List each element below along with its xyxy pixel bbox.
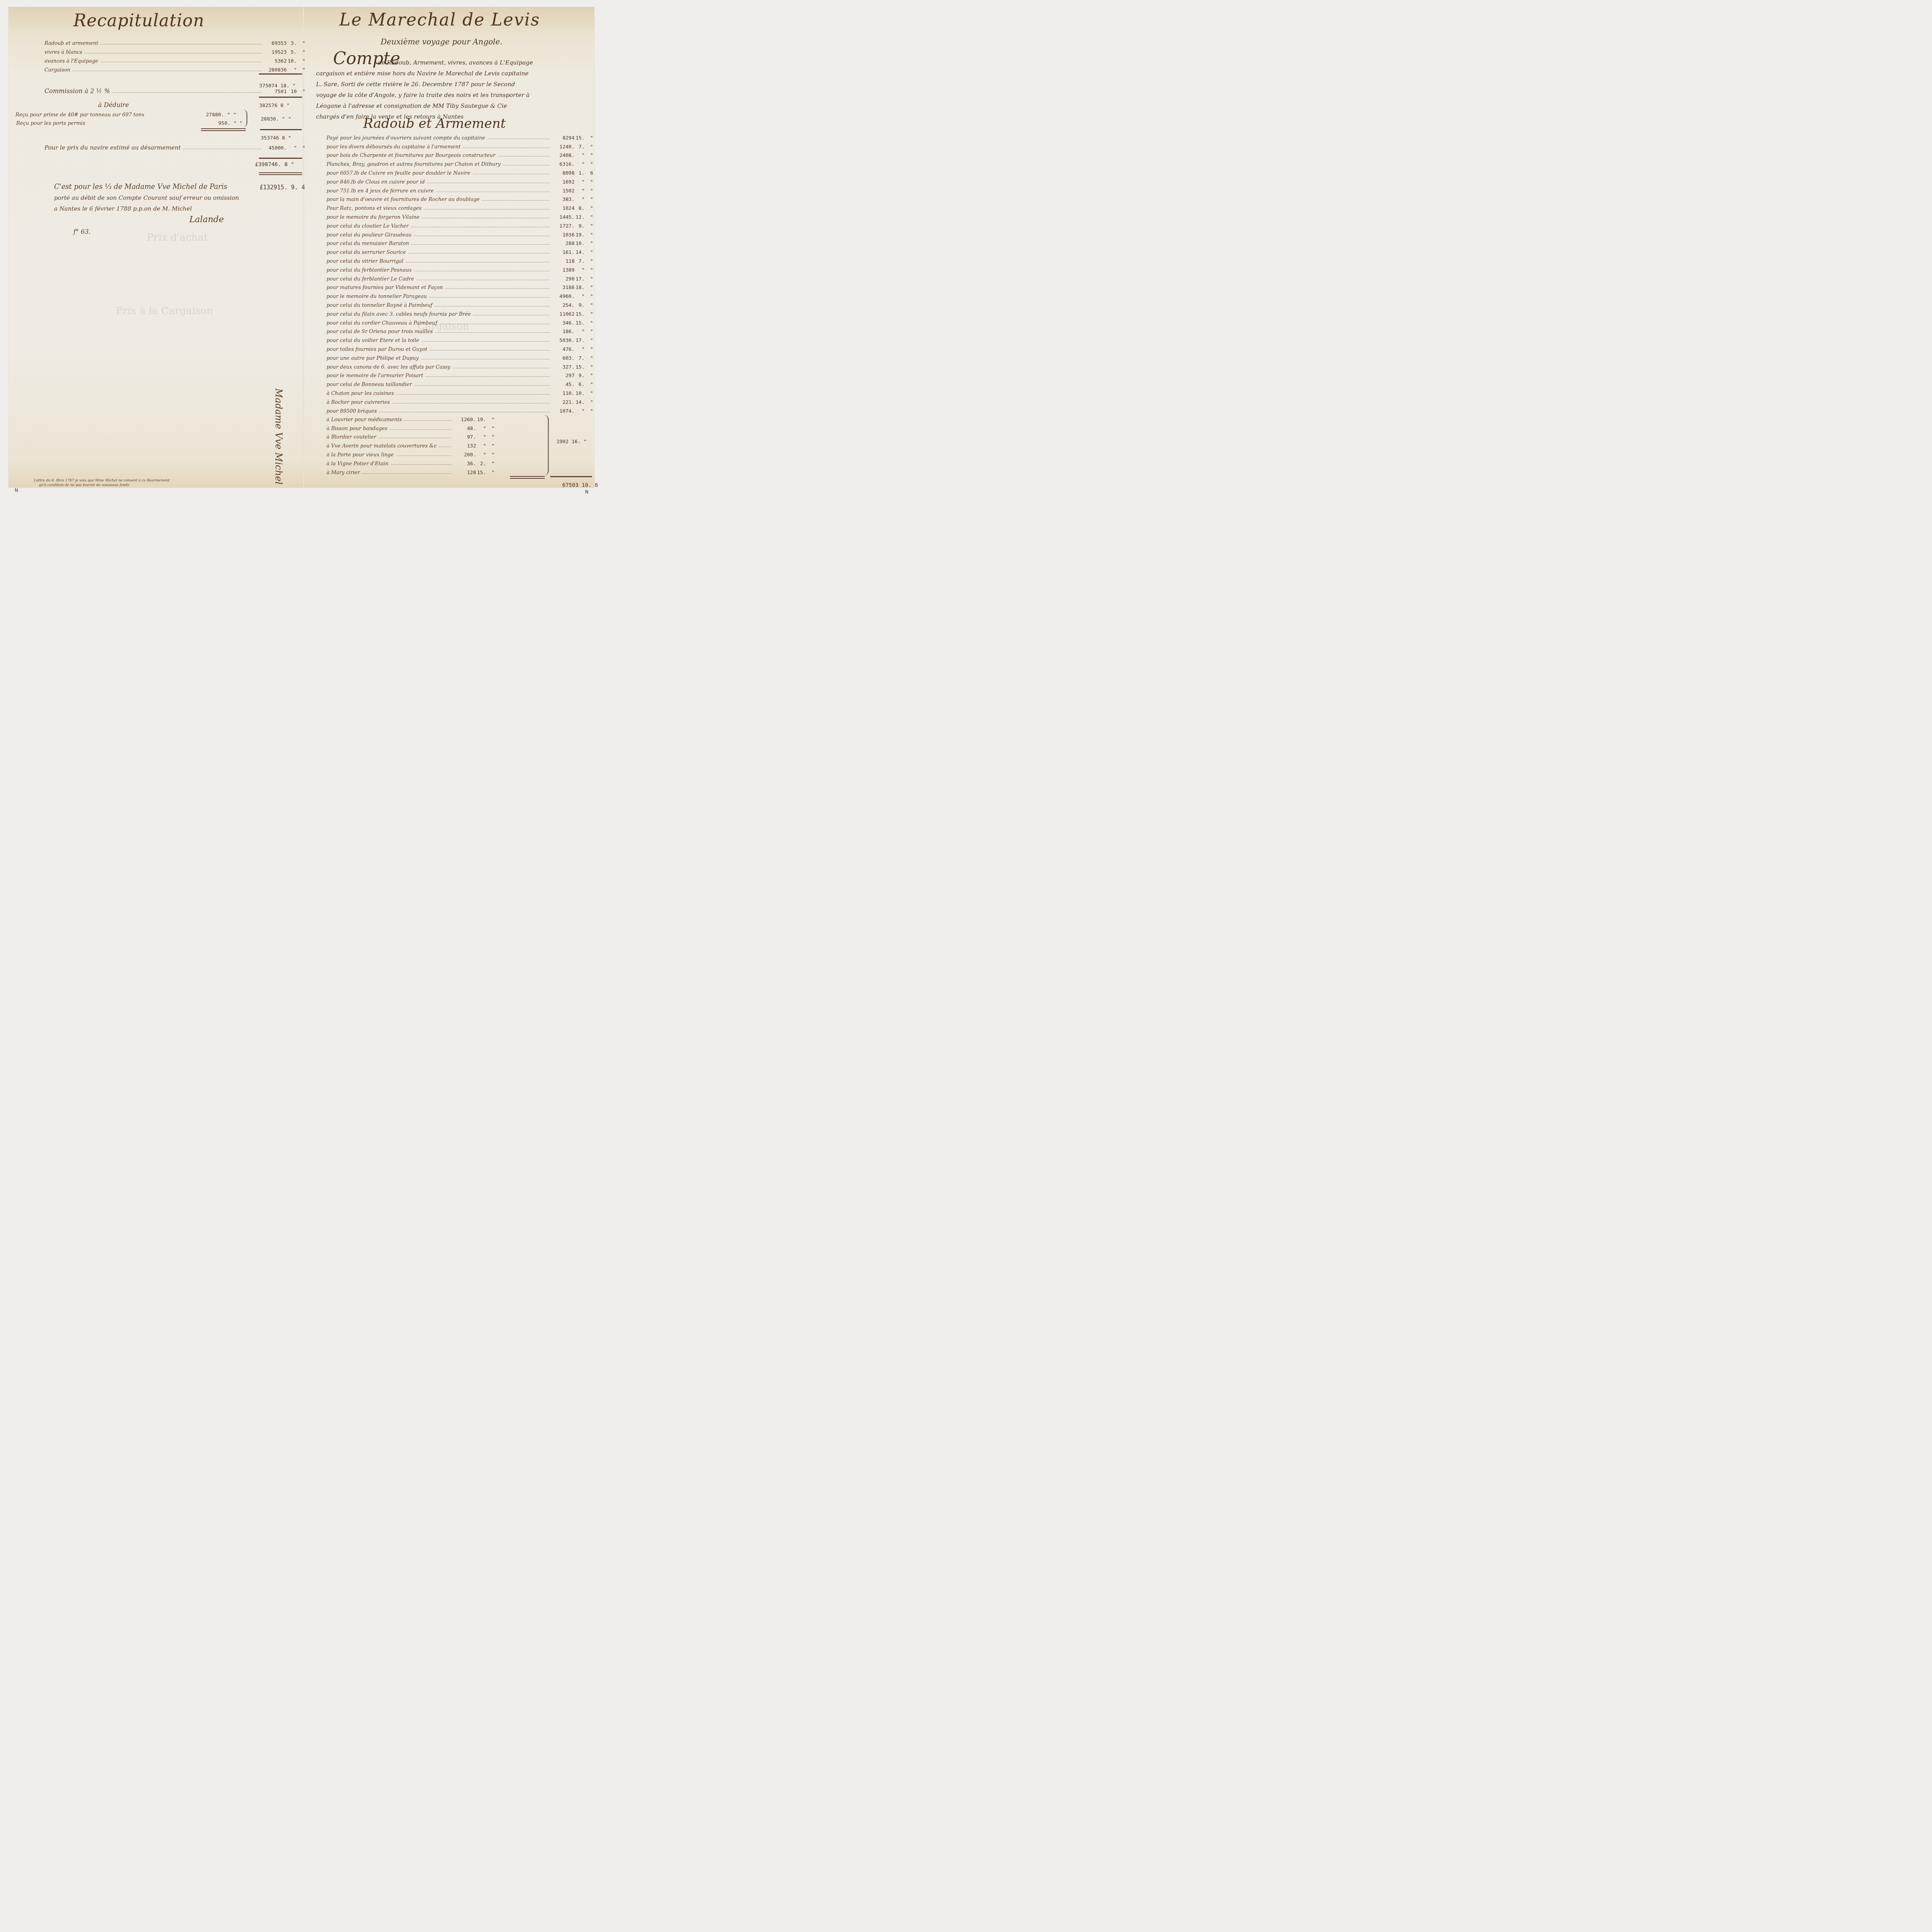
entry-amount: 1445.12." [552,214,593,220]
entry-amount: 5030.17." [552,338,593,344]
ledger-row: pour celui du cloutier Le Vacher1727.9." [327,220,593,229]
ledger-row: pour le memoire de l'armurier Poisart297… [327,370,593,379]
entry-amount: 383."" [552,197,593,202]
entry-label: pour celui du cordier Chauveau à Paimbeu… [327,320,439,326]
leader-dots [453,368,550,368]
entry-label: pour toiles fournies par Durou et Guyot [327,347,429,352]
leader-dots [445,288,550,289]
deduction-row: Reçu pour prime de 40# par tonneau sur 6… [15,112,145,118]
ledger-row: pour celui du filain avec 3. cables neuf… [327,308,593,317]
recap-row: avances à l'Equipage 536210." [44,55,305,64]
entry-label: à Blordier coutelier [327,434,378,440]
entry-label: Payé pour les journées d'ouvriers suivan… [327,135,487,141]
sum-rule [201,128,246,129]
left-page [9,7,304,488]
attribution-note: C'est pour les ⅓ de Madame Vve Michel de… [54,182,239,214]
deduction-row: Reçu pour les ports permis [16,121,85,126]
leader-dots [424,209,550,209]
entry-amount: 132"" [454,443,495,449]
entry-label: à Louvrier pour médicaments [327,417,403,423]
entry-label: à Vve Averin pour matelats couvertures &… [327,443,438,449]
ship-title: Le Marechal de Levis [339,10,540,30]
entry-amount: 1727.9." [552,223,593,229]
leader-dots [482,200,550,201]
entry-amount: 2408."" [552,153,593,158]
ledger-row: Planches, Bray, goudron et autres fourni… [327,158,593,167]
leader-dots [488,139,550,139]
entry-label: pour la main d'oeuvre et fournitures de … [327,197,481,202]
ledger-row: pour celui du menuisier Baraton28810." [327,238,593,247]
leader-dots [422,218,550,218]
leader-dots [362,473,451,474]
ledger-row: à Rocher pour cuivreries221.14." [327,396,593,405]
leader-dots [430,350,550,350]
entry-amount: 221.14." [552,400,593,405]
ledger-row: pour celui de Bonneau taillandier45.6." [327,379,593,388]
recap-title: Recapitulation [73,11,204,31]
entry-label: pour celui du filain avec 3. cables neuf… [327,311,473,317]
ledger-row: pour 89500 briques1074."" [327,405,593,414]
page-fold [303,7,304,488]
sum-rule [550,476,592,477]
entry-label: pour bois de Charpente et fournitures pa… [327,153,497,158]
leader-dots [417,280,550,280]
leader-dots [414,236,550,236]
ledger-row: pour celui de Sr Oriena pour trois maill… [327,326,593,335]
voyage-subtitle: Deuxième voyage pour Angole. [381,37,502,46]
entry-amount: 476."" [552,347,593,352]
ledger-row: pour toiles fournies par Durou et Guyot4… [327,344,593,352]
ledger-row: pour celui du serrurier Sourice161.14." [327,247,593,255]
leader-dots [435,306,550,306]
deduct-label: à Déduire [98,101,129,109]
leader-dots [427,183,550,183]
subtotal-2: 382576 8 " [259,103,289,109]
expense-ledger: Payé pour les journées d'ouvriers suivan… [327,132,593,414]
ledger-row: Pour Ratz, pontons et vieux cordages1024… [327,202,593,211]
entry-amount: 6316."" [552,162,593,167]
entry-amount: 80981.6 [552,170,593,176]
leader-dots [408,253,550,253]
signature: Lalande [189,215,224,224]
entry-amount: 1106215." [552,311,593,317]
deduction-brace [243,110,247,127]
entry-amount: 603.7." [552,355,593,361]
ledger-row: pour matures fournies par Videmant et Fa… [327,282,593,291]
entry-label: pour 89500 briques [327,408,378,414]
entry-label: Planches, Bray, goudron et autres fourni… [327,162,502,167]
entry-amount: 829415." [552,135,593,141]
folio-mark: f° 63. [73,228,90,235]
account-intro: de Radoub, Armement, vivres, avances à L… [316,57,591,122]
ledger-row: pour une autre par Philipe et Dupuy603.7… [327,352,593,361]
entry-label: pour celui du serrurier Sourice [327,250,408,255]
ledger-row: pour celui du ferblantier Pesnaux1389"" [327,264,593,273]
leader-dots [379,438,451,438]
leader-dots [473,315,550,315]
leader-dots [435,332,550,333]
leader-dots [422,341,550,342]
leader-dots [498,156,550,156]
entry-label: pour matures fournies par Videmant et Fa… [327,285,444,291]
commission-row: Commission à 2 ½ % 750110" [44,86,305,95]
entry-amount: 1240.7." [552,144,593,150]
ledger-row: pour celui du ferblantier Le Cadre29017.… [327,273,593,282]
entry-amount: 161.14." [552,250,593,255]
sum-rule [259,158,302,159]
ledger-row: pour celui du voilier Etere et la toile5… [327,335,593,344]
entry-label: pour le memoire du forgeron Vilaine [327,214,421,220]
leader-dots [473,174,550,174]
ledger-row: à la Porte pour vieux linge200."" [327,449,495,458]
grand-total: £398746. 8 " [255,162,294,168]
ledger-row: à la Vigne Potier d'Etain36.2." [327,458,495,467]
entry-label: à Chaton pour les cuisines [327,391,395,396]
entry-label: à Rocher pour cuivreries [327,400,391,405]
leader-dots [503,165,550,165]
deduction-amount: 27880. " " [206,112,236,118]
ledger-row: à Louvrier pour médicaments1260.19." [327,414,495,423]
leader-dots [436,192,550,192]
sum-rule [259,97,302,98]
entry-amount: 318618." [552,285,593,291]
recap-summary: Radoub et armement 693533." vivres à bla… [44,37,305,73]
entry-amount: 1187." [552,259,593,264]
entry-label: pour les divers déboursés du capitaine à… [327,144,462,150]
deductions-total: 28830. " " [261,116,291,122]
leader-dots [389,429,451,430]
leader-dots [425,376,550,377]
leader-dots [411,227,550,227]
entry-amount: 327.15." [552,364,593,370]
entry-label: pour deux canons de 6. avec les affuts p… [327,364,452,370]
leader-dots [421,359,550,359]
entry-label: pour une autre par Philipe et Dupuy [327,355,420,361]
entry-label: pour celui du poulieur Giraudeau [327,232,413,238]
entry-label: pour celui du menuisier Baraton [327,241,411,247]
ship-price-row: Pour le prix du navire estimé au désarme… [44,142,305,151]
sum-rule [510,476,545,477]
leader-dots [406,262,550,262]
leader-dots [396,456,451,456]
note-amount: £132915. 9. 4 [260,184,305,191]
entry-amount: 45.6." [552,382,593,388]
ledger-row: pour celui du poulieur Giraudeau103619." [327,229,593,238]
sum-rule [260,129,302,130]
leader-dots [414,271,550,271]
entry-amount: 1389"" [552,267,593,273]
leader-dots [439,447,451,447]
leader-dots [412,244,550,245]
entry-label: pour celui du vitrier Bourrigal [327,259,405,264]
entry-label: pour celui du tonnelier Royné à Paimbeuf [327,303,434,308]
entry-label: à Bisson pour bandages [327,426,389,432]
total-double-rule [259,172,302,173]
entry-label: pour celui du ferblantier Pesnaux [327,267,413,273]
entry-label: pour 846.lb de Clous en cuivre pour id [327,179,426,185]
corner-mark: N [585,489,588,495]
sub-expense-ledger: à Louvrier pour médicaments1260.19."à Bi… [327,414,495,476]
ledger-row: pour deux canons de 6. avec les affuts p… [327,361,593,370]
entry-amount: 1502"" [552,188,593,194]
ledger-row: pour le memoire du forgeron Vilaine1445.… [327,211,593,220]
leader-dots [414,385,550,386]
leader-dots [440,324,550,324]
ledger-row: pour bois de Charpente et fournitures pa… [327,150,593,159]
leader-dots [396,394,550,395]
ledger-row: pour le memoire du tonnelier Parageau496… [327,291,593,299]
entry-amount: 48."" [454,426,495,432]
entry-label: pour celui du voilier Etere et la toile [327,338,421,344]
entry-amount: 28810." [552,241,593,247]
vertical-annotation: Madame Vve Michel [273,388,284,485]
entry-label: à la Porte pour vieux linge [327,452,395,458]
entry-amount: 29017." [552,276,593,282]
entry-label: pour le memoire du tonnelier Parageau [327,294,429,299]
deduction-amount: 950. " " [218,121,243,126]
subtotal-3: 353746 8 " [261,135,291,141]
entry-label: à la Vigne Potier d'Etain [327,461,390,467]
bleed-through-text: Prix d'achat [147,232,208,243]
entry-amount: 1260.19." [454,417,495,423]
entry-amount: 36.2." [454,461,495,467]
ledger-row: à Blordier coutelier97."" [327,432,495,440]
leader-dots [404,420,451,421]
ledger-row: pour 846.lb de Clous en cuivre pour id16… [327,176,593,185]
ledger-row: à Mary cirier12815." [327,467,495,476]
entry-label: pour celui de Sr Oriena pour trois maill… [327,329,434,335]
ledger-row: pour 751.lb en 4 jeux de ferrure en cuiv… [327,185,593,194]
ledger-row: à Vve Averin pour matelats couvertures &… [327,440,495,449]
ledger-row: pour les divers déboursés du capitaine à… [327,141,593,150]
entry-amount: 2979." [552,373,593,379]
entry-amount: 1692"" [552,179,593,185]
leader-dots [391,464,451,465]
entry-amount: 103619." [552,232,593,238]
recap-row: vivres à blancs 195235." [44,46,305,55]
entry-amount: 200."" [454,452,495,458]
entry-label: Pour Ratz, pontons et vieux cordages [327,206,423,211]
ledger-row: pour celui du vitrier Bourrigal1187." [327,255,593,264]
sub-expense-total: 1902 16. " [556,439,587,445]
entry-amount: 1074."" [552,408,593,414]
entry-label: pour celui de Bonneau taillandier [327,382,413,388]
entry-amount: 97."" [454,434,495,440]
sum-rule [259,73,302,75]
entry-amount: 10248." [552,206,593,211]
bleed-through-text: Prix à la Cargaison [116,305,213,317]
entry-amount: 110.10." [552,391,593,396]
entry-amount: 4960."" [552,294,593,299]
entry-amount: 186."" [552,329,593,335]
page-total: 67503 10. 6 [562,482,598,488]
entry-label: pour 6057.lb de Cuivre en feuille pour d… [327,170,472,176]
leader-dots [379,412,550,412]
entry-label: pour celui du ferblantier Le Cadre [327,276,416,282]
corner-mark: N [15,488,18,493]
entry-label: pour 751.lb en 4 jeux de ferrure en cuiv… [327,188,435,194]
recap-row: Radoub et armement 693533." [44,37,305,46]
ledger-row: pour celui du cordier Chauveau à Paimbeu… [327,317,593,326]
footnote: Lettre du 6. 8bre 1787 je vois que Mme M… [34,478,170,488]
ledger-row: Payé pour les journées d'ouvriers suivan… [327,132,593,141]
entry-label: pour celui du cloutier Le Vacher [327,223,410,229]
ledger-row: pour la main d'oeuvre et fournitures de … [327,194,593,203]
entry-amount: 346.15." [552,320,593,326]
leader-dots [463,148,550,148]
entry-label: à Mary cirier [327,470,361,476]
ledger-row: à Chaton pour les cuisines110.10." [327,388,593,396]
leader-dots [392,403,550,403]
leader-dots [429,297,550,298]
ledger-row: pour celui du tonnelier Royné à Paimbeuf… [327,299,593,308]
ledger-row: pour 6057.lb de Cuivre en feuille pour d… [327,167,593,176]
entry-amount: 254.9." [552,303,593,308]
recap-row: Cargaison 280836"" [44,64,305,73]
sub-expense-brace [544,415,549,475]
entry-amount: 12815." [454,470,495,476]
entry-label: pour le memoire de l'armurier Poisart [327,373,425,379]
section-heading: Radoub et Armement [363,116,506,131]
ledger-row: à Bisson pour bandages48."" [327,423,495,432]
